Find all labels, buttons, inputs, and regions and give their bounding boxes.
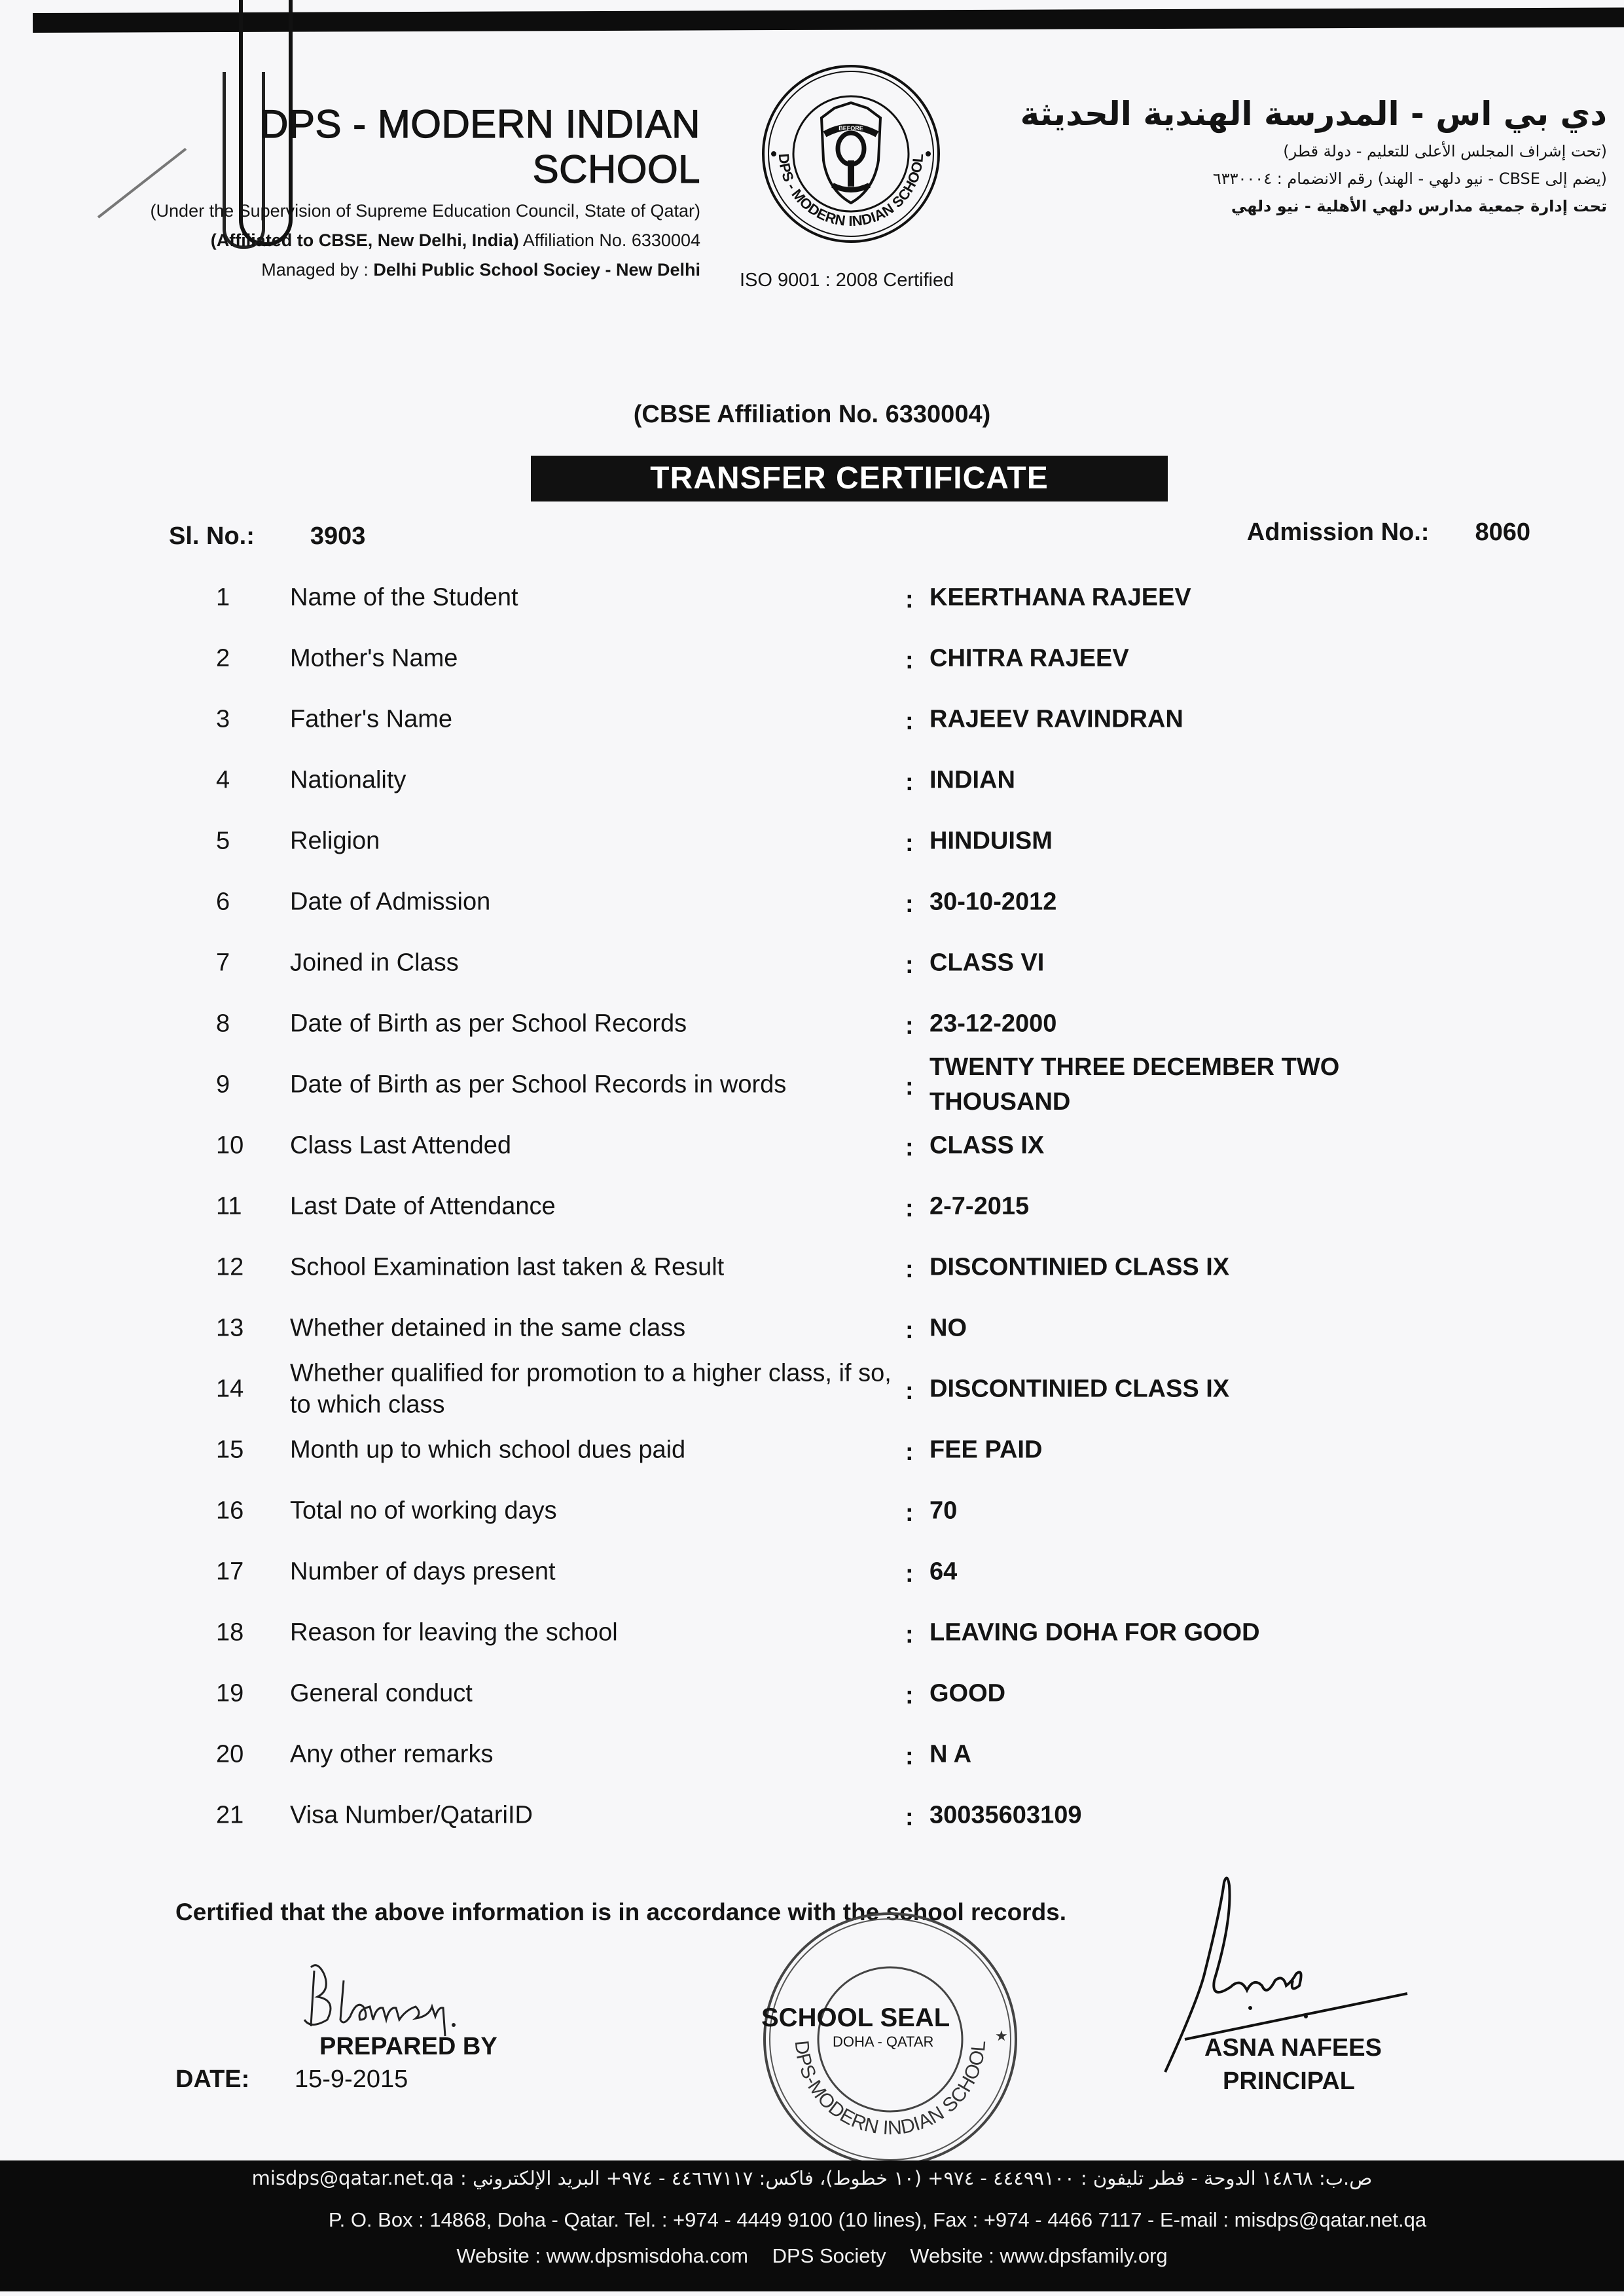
certificate-row: 10Class Last Attended:CLASS IX xyxy=(0,1116,1624,1175)
row-number: 12 xyxy=(216,1254,255,1282)
row-separator: : xyxy=(905,1195,914,1223)
certificate-row: 21Visa Number/QatariID:30035603109 xyxy=(0,1786,1624,1845)
certificate-row: 3Father's Name:RAJEEV RAVINDRAN xyxy=(0,690,1624,749)
certificate-row: 2Mother's Name:CHITRA RAJEEV xyxy=(0,629,1624,688)
affiliation-line: (Affiliated to CBSE, New Delhi, India) A… xyxy=(92,230,700,251)
admission-number-value: 8060 xyxy=(1475,519,1530,546)
affiliation-number: Affiliation No. 6330004 xyxy=(523,230,700,250)
serial-number: Sl. No.:3903 xyxy=(169,522,365,551)
row-value: 64 xyxy=(929,1554,1453,1589)
letterhead-arabic: دي بي اس - المدرسة الهندية الحديثة (تحت … xyxy=(998,95,1607,215)
footer-address: P. O. Box : 14868, Doha - Qatar. Tel. : … xyxy=(0,2208,1624,2232)
row-label: General conduct xyxy=(290,1678,905,1709)
date-value: 15-9-2015 xyxy=(295,2066,408,2094)
row-value: NO xyxy=(929,1311,1453,1345)
society-website[interactable]: Website : www.dpsfamily.org xyxy=(910,2244,1167,2267)
principal-name: ASNA NAFEES xyxy=(1204,2034,1382,2062)
svg-text:★: ★ xyxy=(995,2028,1008,2045)
row-separator: : xyxy=(905,708,914,736)
row-label: Total no of working days xyxy=(290,1495,905,1527)
row-value: FEE PAID xyxy=(929,1432,1453,1467)
row-number: 11 xyxy=(216,1193,255,1221)
row-number: 14 xyxy=(216,1376,255,1404)
certificate-row: 12School Examination last taken & Result… xyxy=(0,1238,1624,1297)
row-label: Month up to which school dues paid xyxy=(290,1434,905,1466)
row-label: Father's Name xyxy=(290,704,905,735)
row-value: INDIAN xyxy=(929,763,1453,797)
row-label: Reason for leaving the school xyxy=(290,1617,905,1649)
row-label: Joined in Class xyxy=(290,947,905,979)
certificate-row: 7Joined in Class:CLASS VI xyxy=(0,934,1624,993)
row-separator: : xyxy=(905,647,914,675)
principal-title: PRINCIPAL xyxy=(1223,2068,1355,2096)
row-label: Last Date of Attendance xyxy=(290,1191,905,1222)
certificate-row: 18Reason for leaving the school:LEAVING … xyxy=(0,1603,1624,1662)
school-seal-label: SCHOOL SEAL xyxy=(761,2003,950,2033)
row-number: 6 xyxy=(216,888,255,917)
row-number: 4 xyxy=(216,767,255,795)
row-value: GOOD xyxy=(929,1676,1453,1711)
row-label: School Examination last taken & Result xyxy=(290,1252,905,1283)
row-value: 70 xyxy=(929,1493,1453,1528)
letterhead-english: DPS - MODERN INDIAN SCHOOL (Under the Su… xyxy=(92,101,700,280)
row-separator: : xyxy=(905,1682,914,1710)
row-number: 3 xyxy=(216,706,255,734)
row-value: RAJEEV RAVINDRAN xyxy=(929,702,1453,737)
row-value: 23-12-2000 xyxy=(929,1006,1453,1041)
row-number: 16 xyxy=(216,1497,255,1525)
row-label: Whether detained in the same class xyxy=(290,1313,905,1344)
seal-location: DOHA - QATAR xyxy=(833,2033,933,2050)
row-value: CHITRA RAJEEV xyxy=(929,641,1453,676)
row-separator: : xyxy=(905,1377,914,1406)
row-label: Date of Admission xyxy=(290,886,905,918)
row-separator: : xyxy=(905,951,914,979)
row-value: CLASS IX xyxy=(929,1128,1453,1163)
row-separator: : xyxy=(905,1621,914,1649)
certificate-row: 19General conduct:GOOD xyxy=(0,1664,1624,1723)
arabic-affiliation: (يضم إلى CBSE - نيو دلهي - الهند) رقم ال… xyxy=(998,170,1607,188)
row-separator: : xyxy=(905,1012,914,1040)
row-number: 7 xyxy=(216,949,255,977)
certificate-row: 4Nationality:INDIAN xyxy=(0,751,1624,810)
row-number: 5 xyxy=(216,828,255,856)
row-label: Visa Number/QatariID xyxy=(290,1800,905,1831)
row-value: HINDUISM xyxy=(929,824,1453,858)
certificate-row: 8Date of Birth as per School Records:23-… xyxy=(0,994,1624,1053)
row-separator: : xyxy=(905,586,914,614)
row-number: 17 xyxy=(216,1558,255,1586)
admission-number: Admission No.:8060 xyxy=(1247,519,1530,547)
row-separator: : xyxy=(905,1134,914,1162)
certificate-row: 1Name of the Student:KEERTHANA RAJEEV xyxy=(0,568,1624,627)
certificate-row: 5Religion:HINDUISM xyxy=(0,812,1624,871)
row-label: Mother's Name xyxy=(290,643,905,674)
admission-number-label: Admission No.: xyxy=(1247,519,1430,546)
certificate-row: 16Total no of working days:70 xyxy=(0,1482,1624,1540)
letterhead-footer: ص.ب: ١٤٨٦٨ الدوحة - قطر تليفون : ٤٤٤٩٩١٠… xyxy=(0,2160,1624,2291)
row-separator: : xyxy=(905,1499,914,1527)
row-number: 20 xyxy=(216,1741,255,1769)
row-value: CLASS VI xyxy=(929,945,1453,980)
school-name: DPS - MODERN INDIAN SCHOOL xyxy=(92,101,700,192)
arabic-managed-by: تحت إدارة جمعية مدارس دلهي الأهلية - نيو… xyxy=(998,197,1607,215)
row-value: DISCONTINIED CLASS IX xyxy=(929,1372,1453,1406)
footer-arabic-contact: ص.ب: ١٤٨٦٨ الدوحة - قطر تليفون : ٤٤٤٩٩١٠… xyxy=(0,2167,1624,2189)
row-value: N A xyxy=(929,1737,1453,1772)
row-value: 2-7-2015 xyxy=(929,1189,1453,1224)
document-title: TRANSFER CERTIFICATE xyxy=(531,456,1168,501)
row-label: Number of days present xyxy=(290,1556,905,1588)
row-value: TWENTY THREE DECEMBER TWO THOUSAND xyxy=(929,1050,1401,1120)
row-separator: : xyxy=(905,769,914,797)
row-value: KEERTHANA RAJEEV xyxy=(929,580,1453,615)
row-number: 15 xyxy=(216,1436,255,1465)
row-separator: : xyxy=(905,890,914,919)
supervision-line: (Under the Supervision of Supreme Educat… xyxy=(92,201,700,221)
school-website[interactable]: Website : www.dpsmisdoha.com xyxy=(456,2244,748,2267)
row-separator: : xyxy=(905,1743,914,1771)
managed-by: Delhi Public School Sociey - New Delhi xyxy=(373,260,700,280)
row-label: Name of the Student xyxy=(290,582,905,613)
affiliated-to: (Affiliated to CBSE, New Delhi, India) xyxy=(211,230,519,250)
row-separator: : xyxy=(905,1073,914,1101)
certificate-row: 17Number of days present:64 xyxy=(0,1542,1624,1601)
row-label: Any other remarks xyxy=(290,1739,905,1770)
row-number: 2 xyxy=(216,645,255,673)
row-separator: : xyxy=(905,829,914,858)
row-value: 30035603109 xyxy=(929,1798,1453,1832)
date-label: DATE: xyxy=(175,2066,249,2094)
iso-certification: ISO 9001 : 2008 Certified xyxy=(740,270,954,291)
row-number: 21 xyxy=(216,1802,255,1830)
row-value: LEAVING DOHA FOR GOOD xyxy=(929,1615,1453,1650)
certificate-row: 14Whether qualified for promotion to a h… xyxy=(0,1360,1624,1419)
certificate-row: 6Date of Admission:30-10-2012 xyxy=(0,873,1624,932)
row-label: Nationality xyxy=(290,765,905,796)
row-number: 10 xyxy=(216,1132,255,1160)
prepared-by-signature xyxy=(298,1954,514,2039)
serial-number-label: Sl. No.: xyxy=(169,522,255,550)
row-label: Religion xyxy=(290,826,905,857)
row-label: Date of Birth as per School Records xyxy=(290,1008,905,1040)
row-label: Date of Birth as per School Records in w… xyxy=(290,1069,905,1101)
cbse-affiliation: (CBSE Affiliation No. 6330004) xyxy=(0,401,1624,429)
school-crest-logo: DPS - MODERN INDIAN SCHOOL BEFORE xyxy=(759,62,943,246)
society-label: DPS Society xyxy=(772,2244,886,2267)
row-number: 1 xyxy=(216,584,255,612)
row-separator: : xyxy=(905,1256,914,1284)
row-label: Whether qualified for promotion to a hig… xyxy=(290,1358,892,1421)
row-number: 19 xyxy=(216,1680,255,1708)
prepared-by-label: PREPARED BY xyxy=(319,2033,497,2061)
managed-prefix: Managed by : xyxy=(261,260,369,280)
managed-line: Managed by : Delhi Public School Sociey … xyxy=(92,260,700,280)
row-value: 30-10-2012 xyxy=(929,884,1453,919)
row-number: 13 xyxy=(216,1315,255,1343)
row-label: Class Last Attended xyxy=(290,1130,905,1161)
row-number: 18 xyxy=(216,1619,255,1647)
certificate-row: 20Any other remarks:N A xyxy=(0,1725,1624,1784)
row-separator: : xyxy=(905,1438,914,1467)
certificate-row: 11Last Date of Attendance:2-7-2015 xyxy=(0,1177,1624,1236)
arabic-school-name: دي بي اس - المدرسة الهندية الحديثة xyxy=(998,95,1607,133)
row-separator: : xyxy=(905,1560,914,1588)
row-number: 8 xyxy=(216,1010,255,1038)
row-separator: : xyxy=(905,1804,914,1832)
footer-websites: Website : www.dpsmisdoha.com DPS Society… xyxy=(0,2244,1624,2268)
certificate-row: 15Month up to which school dues paid:FEE… xyxy=(0,1421,1624,1480)
certificate-row: 9Date of Birth as per School Records in … xyxy=(0,1055,1624,1114)
certificate-row: 13Whether detained in the same class:NO xyxy=(0,1299,1624,1358)
row-value: DISCONTINIED CLASS IX xyxy=(929,1250,1453,1285)
row-separator: : xyxy=(905,1317,914,1345)
row-number: 9 xyxy=(216,1071,255,1099)
serial-number-value: 3903 xyxy=(310,522,366,550)
arabic-supervision: (تحت إشراف المجلس الأعلى للتعليم - دولة … xyxy=(998,142,1607,160)
